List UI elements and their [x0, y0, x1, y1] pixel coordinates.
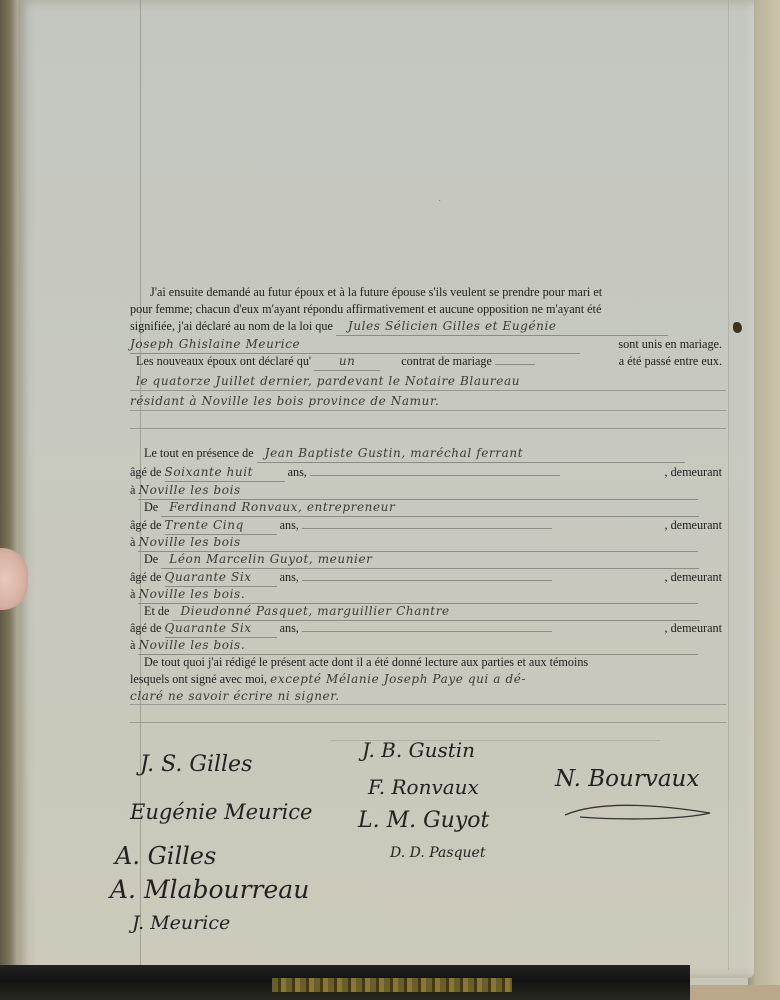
printed-text: , demeurant [664, 619, 722, 637]
printed-text: ans, [288, 465, 307, 479]
signature-witness-pasquet: D. D. Pasquet [390, 845, 485, 861]
witness-3-age-line: âgé de Quarante Six ans, , demeurant [130, 568, 726, 586]
handwritten-text: excepté Mélanie Joseph Paye qui a dé- [270, 672, 526, 686]
signature-meurice: J. Meurice [132, 912, 230, 934]
witness-2-age-line: âgé de Trente Cinq ans, , demeurant [130, 516, 726, 534]
consent-line-2: pour femme; chacun d'eux m'ayant répondu… [130, 300, 726, 318]
contract-detail-line-2: résidant à Noville les bois province de … [130, 392, 726, 410]
witness-1-age: Soixante huit [165, 463, 285, 482]
printed-text: ans, [280, 570, 299, 584]
ink-smudge [733, 322, 742, 333]
blank-field [495, 364, 535, 365]
printed-text: De tout quoi j'ai rédigé le présent acte… [130, 655, 588, 669]
signature-parent-gilles: A. Gilles [115, 842, 216, 870]
witness-4-name-line: Et de Dieudonné Pasquet, marguillier Cha… [130, 602, 726, 620]
printed-text: âgé de [130, 465, 161, 479]
ruled-line [130, 722, 726, 723]
signature-witness-guyot: L. M. Guyot [358, 808, 489, 833]
blank-field [310, 475, 560, 476]
closing-line-3: claré ne savoir écrire ni signer. [130, 687, 726, 705]
ruled-line [130, 428, 726, 429]
printed-text: sont unis en mariage. [618, 335, 722, 353]
ruled-line [130, 390, 726, 391]
printed-text: Les nouveaux époux ont déclaré qu' [130, 354, 311, 368]
officer-flourish-icon [560, 795, 720, 825]
binding-gilt-tooling [272, 978, 512, 992]
witness-3-residence-line: à Noville les bois. [130, 585, 726, 603]
closing-line-1: De tout quoi j'ai rédigé le présent acte… [130, 653, 726, 671]
witness-3-name-line: De Léon Marcelin Guyot, meunier [130, 550, 726, 568]
printed-text: ans, [280, 518, 299, 532]
printed-text: De [130, 500, 158, 514]
ruled-line [130, 704, 726, 705]
blank-field [302, 631, 552, 632]
printed-text: âgé de [130, 570, 161, 584]
printed-text: Le tout en présence de [130, 446, 254, 460]
contract-detail-line-1: le quatorze Juillet dernier, pardevant l… [130, 372, 726, 390]
printed-text: signifiée, j'ai déclaré au nom de la loi… [130, 319, 333, 333]
blank-field [302, 580, 552, 581]
printed-text: à [130, 535, 135, 549]
table-surface [690, 985, 780, 1000]
closing-line-2: lesquels ont signé avec moi, excepté Mél… [130, 670, 726, 688]
consent-line-3: signifiée, j'ai déclaré au nom de la loi… [130, 317, 726, 335]
signature-mlabourreau: A. Mlabourreau [110, 875, 309, 904]
witness-4-residence-line: à Noville les bois. [130, 636, 726, 654]
printed-text: , demeurant [664, 568, 722, 586]
printed-text: , demeurant [664, 463, 722, 481]
printed-text: De [130, 552, 158, 566]
signature-witness-gustin: J. B. Gustin [362, 738, 475, 762]
witness-1-residence-line: à Noville les bois [130, 481, 726, 499]
signature-witness-ronvaux: F. Ronvaux [368, 775, 479, 799]
handwritten-text: claré ne savoir écrire ni signer. [130, 689, 340, 703]
witness-4-age-line: âgé de Quarante Six ans, , demeurant [130, 619, 726, 637]
printed-text: contrat de mariage [383, 354, 492, 368]
consent-line-4: Joseph Ghislaine Meurice sont unis en ma… [130, 335, 726, 353]
handwritten-text: résidant à Noville les bois province de … [130, 394, 439, 408]
printed-text: âgé de [130, 518, 161, 532]
witness-1-name: Jean Baptiste Gustin, maréchal ferrant [257, 444, 685, 463]
printed-text: pour femme; chacun d'eux m'ayant répondu… [130, 302, 601, 316]
printed-text: , demeurant [664, 516, 722, 534]
signature-groom: J. S. Gilles [140, 752, 252, 777]
blank-field [302, 528, 552, 529]
printed-text: à [130, 587, 135, 601]
printed-text: à [130, 483, 135, 497]
contract-line: Les nouveaux époux ont déclaré qu' un co… [130, 352, 726, 370]
contract-article-field: un [314, 352, 380, 371]
witness-3-name: Léon Marcelin Guyot, meunier [161, 550, 699, 569]
witness-2-residence-line: à Noville les bois [130, 533, 726, 551]
spouses-names-field: Jules Sélicien Gilles et Eugénie [336, 317, 668, 336]
witness-1-age-line: âgé de Soixante huit ans, , demeurant [130, 463, 726, 481]
witness-2-name-line: De Ferdinand Ronvaux, entrepreneur [130, 498, 726, 516]
ruled-line [130, 410, 726, 411]
handwritten-text: le quatorze Juillet dernier, pardevant l… [130, 374, 520, 388]
printed-text: a été passé entre eux. [619, 352, 722, 370]
printed-text: ans, [280, 621, 299, 635]
witness-2-name: Ferdinand Ronvaux, entrepreneur [161, 498, 699, 517]
printed-text: à [130, 638, 135, 652]
printed-text: Et de [130, 604, 169, 618]
signature-officer: N. Bourvaux [555, 766, 699, 792]
signature-bride: Eugénie Meurice [130, 800, 312, 824]
printed-text: âgé de [130, 621, 161, 635]
page-speck: · [438, 196, 441, 207]
consent-line-1: J'ai ensuite demandé au futur époux et à… [130, 283, 726, 301]
witness-1-name-line: Le tout en présence de Jean Baptiste Gus… [130, 444, 726, 462]
printed-text: J'ai ensuite demandé au futur époux et à… [130, 285, 602, 299]
right-margin-rule [728, 0, 729, 970]
printed-text: lesquels ont signé avec moi, [130, 672, 267, 686]
